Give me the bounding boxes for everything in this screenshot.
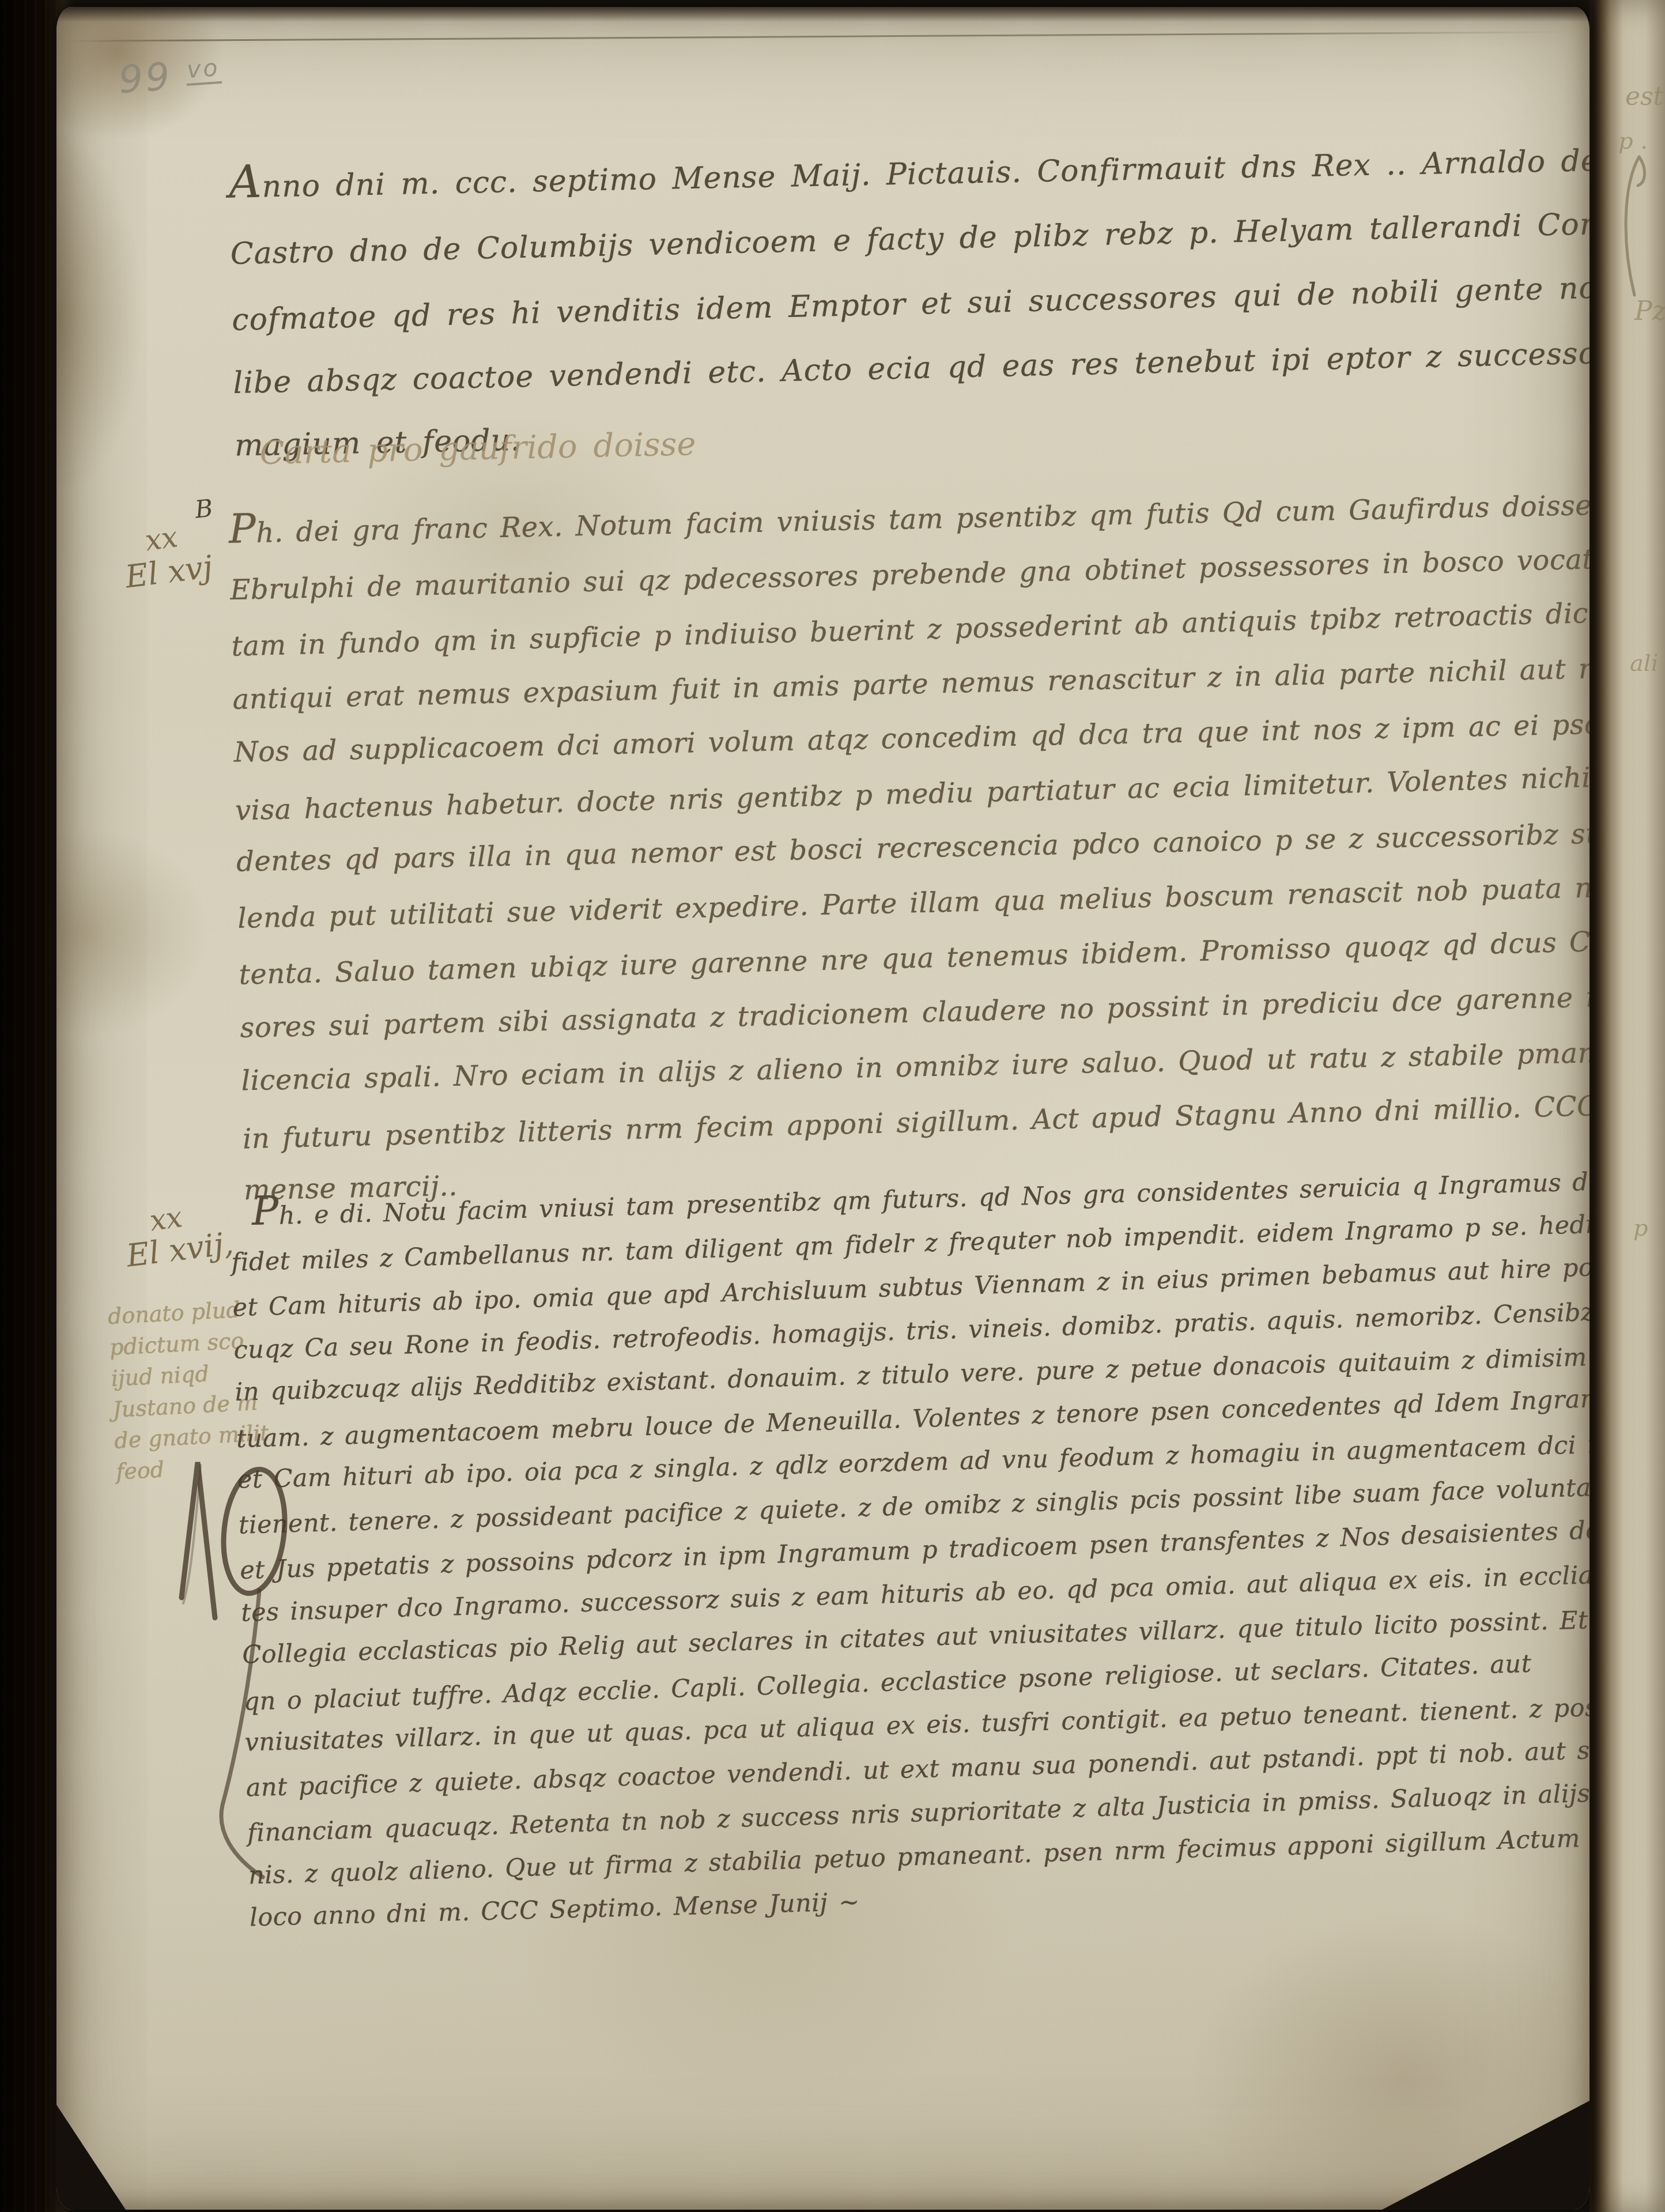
manuscript-photo: 99 vo Anno dni m. ccc. septimo Mense Mai… [0, 0, 1665, 2212]
parchment-page: 99 vo Anno dni m. ccc. septimo Mense Mai… [56, 7, 1590, 2210]
page-top-edge [56, 7, 1590, 22]
charter2-paragraph: Ph. e di. Notu facim vniusi tam presenti… [229, 1146, 1590, 1941]
next-page-ink-trace: est [1625, 82, 1663, 111]
folio-number: 99 vo [118, 51, 223, 102]
margin-roman-numeral: El xvj [123, 549, 214, 595]
margin-letter-b: B [194, 494, 214, 524]
page-crease [66, 31, 1570, 42]
next-page-ink-trace: ali [1630, 650, 1658, 677]
photo-corner-shadow [1382, 2089, 1590, 2210]
next-page-flourish-trace [1617, 151, 1652, 301]
margin-roman-numeral: xx [143, 520, 180, 557]
next-page-ink-trace: p [1633, 1215, 1648, 1241]
photo-corner-shadow [56, 2060, 126, 2210]
next-page-edge: est p . Pz ali p [1590, 0, 1665, 2212]
charter1-paragraph: Ph. dei gra franc Rex. Notum facim vnius… [228, 462, 1590, 1220]
pen-flourish-mark [160, 1407, 414, 1903]
folio-verso-suffix: vo [185, 53, 222, 85]
intro-paragraph: Anno dni m. ccc. septimo Mense Maij. Pic… [228, 113, 1590, 480]
margin-roman-numeral: El xvij, [124, 1225, 235, 1274]
